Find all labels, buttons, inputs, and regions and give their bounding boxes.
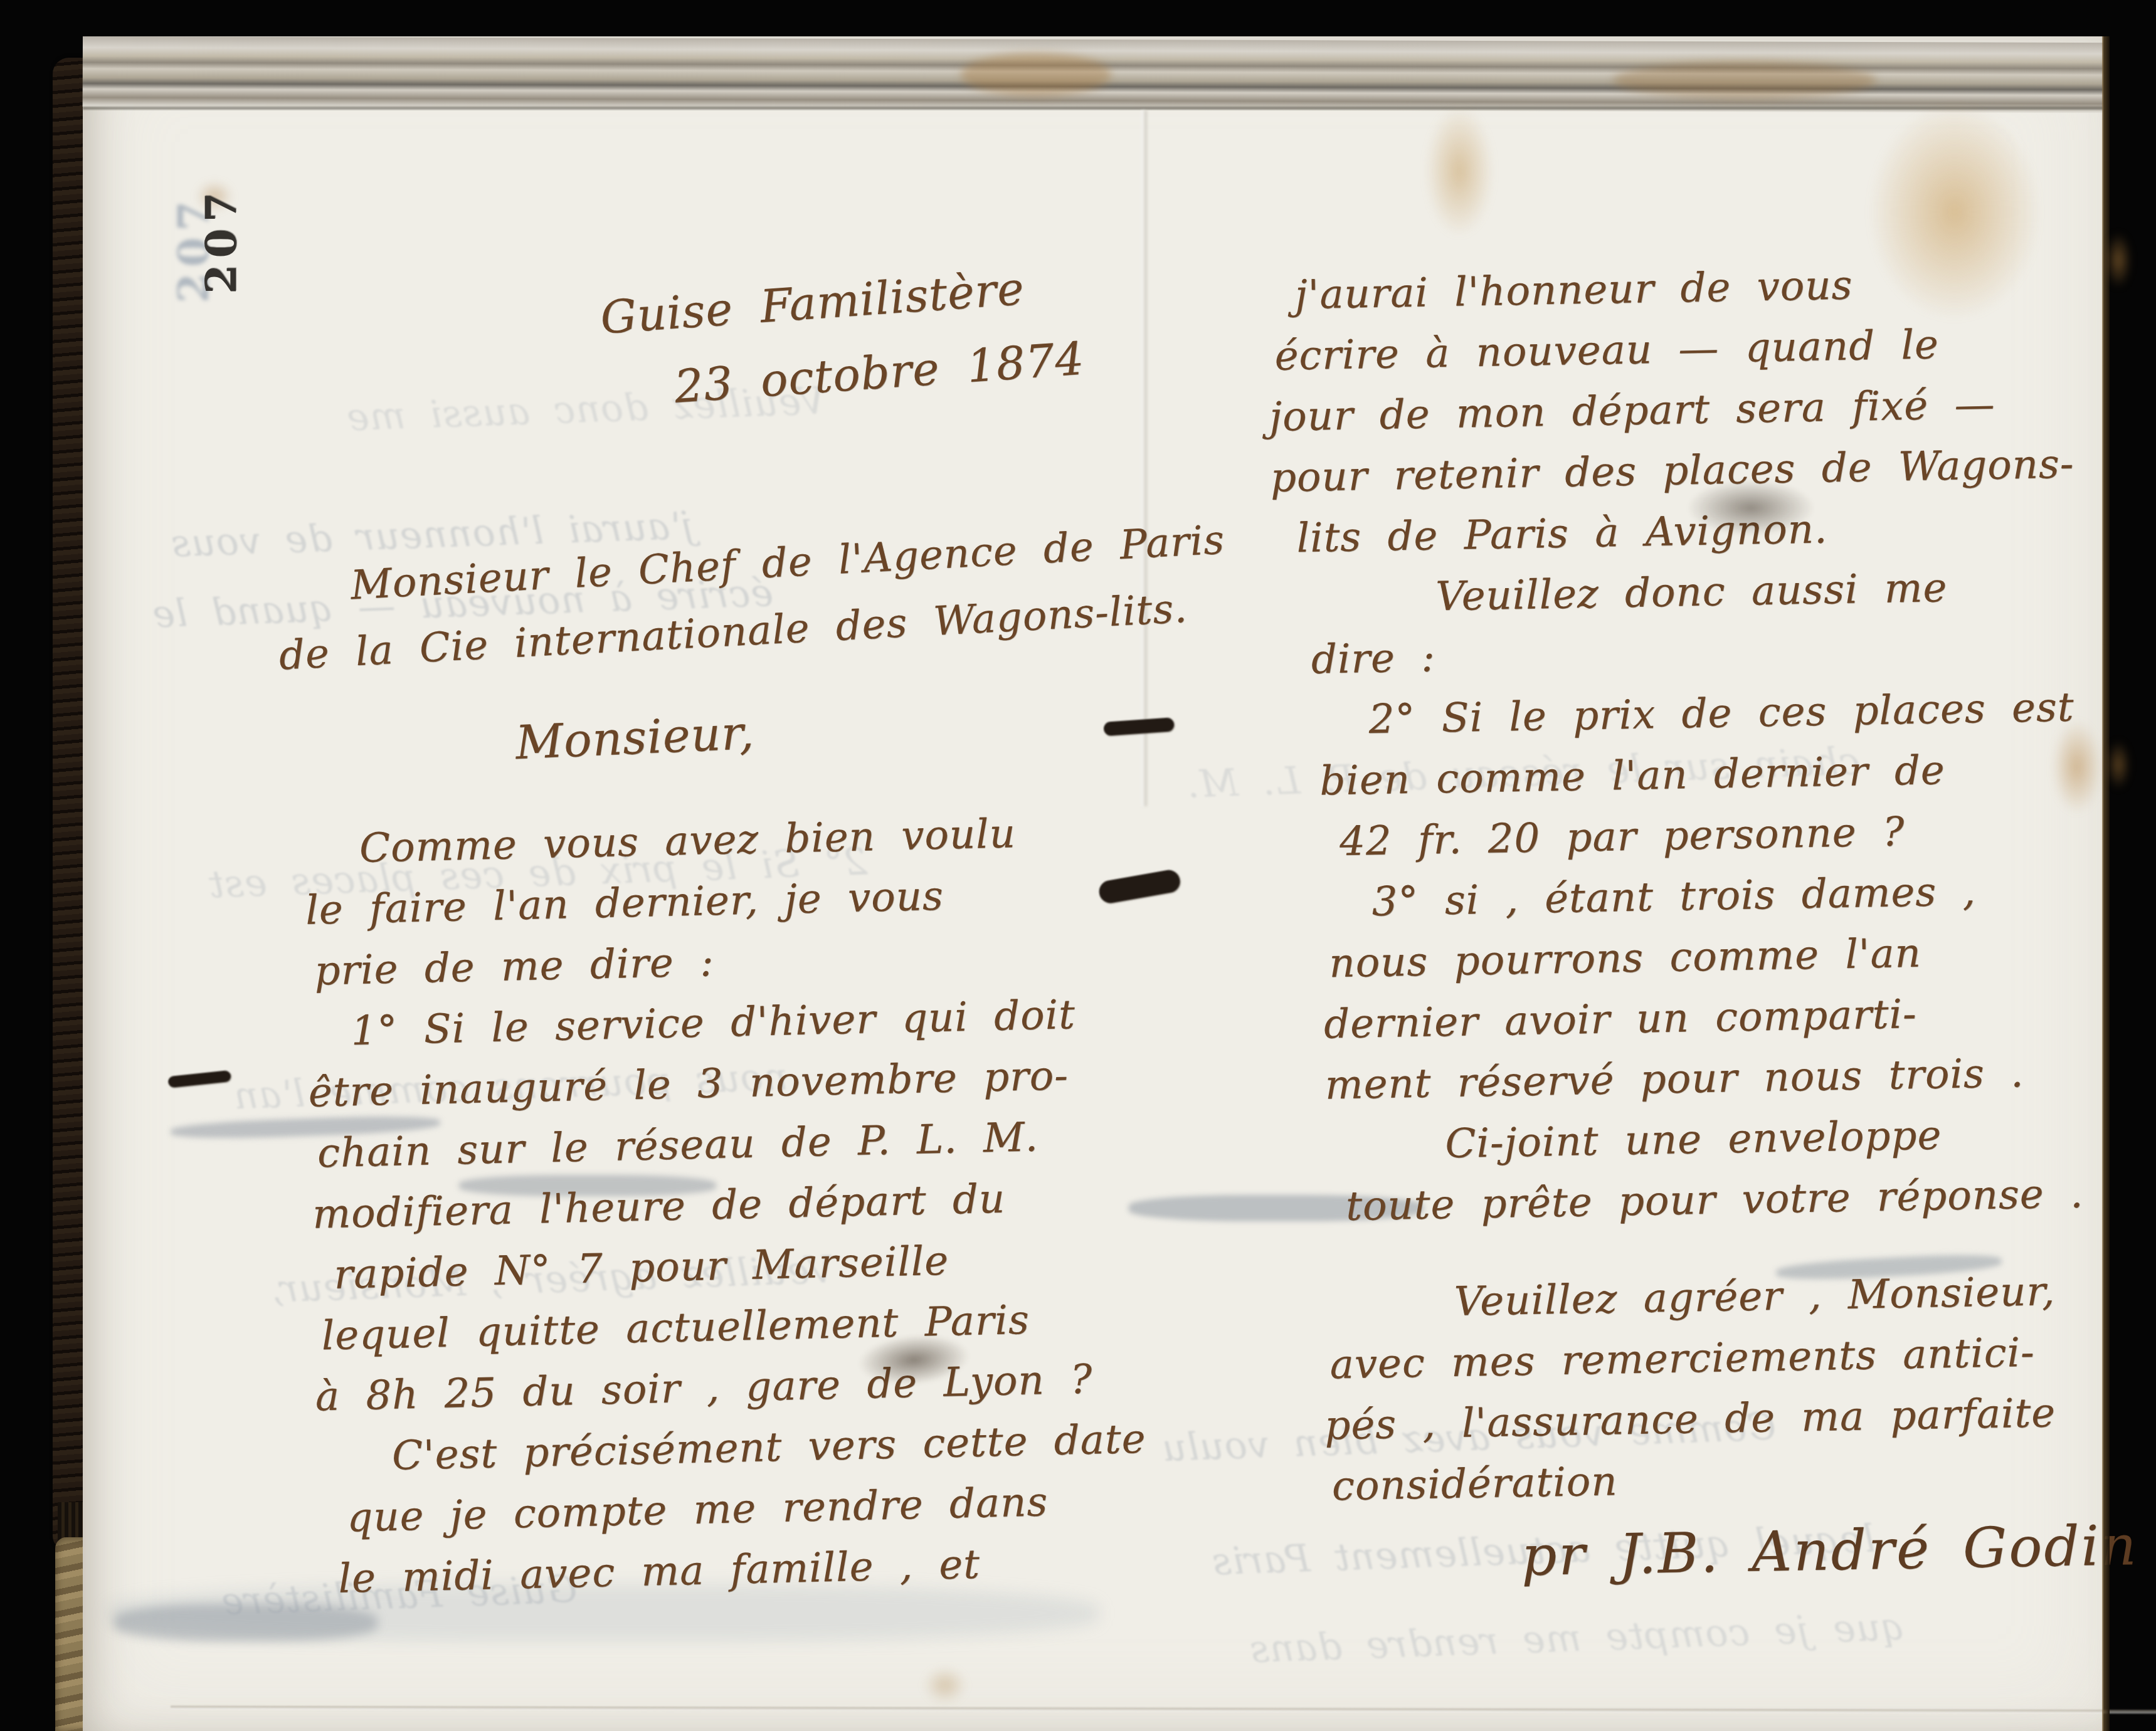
scanned-letterbook-photo: 207 207 j'aurai l'honneur de vous écrire… (0, 0, 2156, 1731)
stain (1425, 105, 1494, 237)
page-edges-shadow-line (83, 107, 2103, 110)
page-number-text: 207 (196, 186, 246, 294)
margin-dash-mark (167, 1070, 231, 1088)
signature: pr J.B. André Godin (1521, 1515, 2138, 1586)
book-board-edge (2102, 36, 2110, 1731)
letter-salutation: Monsieur, (514, 706, 755, 771)
letter-body-right-column: j'aurai l'honneur de vous écrire à nouve… (1260, 251, 2138, 1590)
closing-line: Veuillez agréer , Monsieur, (1454, 1260, 2134, 1333)
letter-body-left-column: Comme vous avez bien voulu le faire l'an… (296, 801, 1149, 1611)
letter-page: 207 207 j'aurai l'honneur de vous écrire… (83, 36, 2103, 1731)
body-line: toute prête pour votre réponse . (1345, 1163, 2132, 1238)
book-spine-edge (53, 58, 87, 1550)
horizontal-crease (171, 1706, 2156, 1714)
body-line: Ci-joint une enveloppe (1445, 1102, 2132, 1175)
body-line: Veuillez donc aussi me (1435, 555, 2122, 628)
page-edges-stack (83, 36, 2103, 113)
vertical-crease (1141, 110, 1147, 806)
page-number-stamp: 207 (143, 162, 300, 318)
ghost-writing: que je compte me rendre dans (1249, 1605, 1906, 1671)
margin-dash-mark (1103, 717, 1174, 736)
letter-dateline: Guise Familistère 23 octobre 1874 (599, 258, 1087, 439)
stain (923, 1666, 967, 1704)
